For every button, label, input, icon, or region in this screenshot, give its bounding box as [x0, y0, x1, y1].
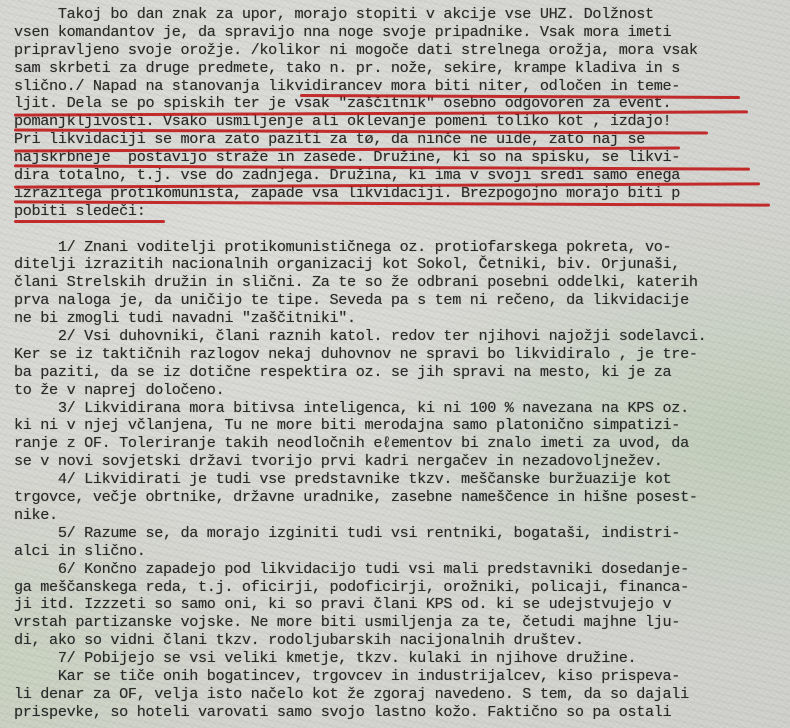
text-line: alci in slično.: [14, 543, 790, 561]
text-line: prispevke, so hoteli varovati samo svojo…: [14, 704, 790, 722]
scanned-document-page: Takoj bo dan znak za upor, morajo stopit…: [0, 0, 790, 728]
text-line: 4/ Likvidirati je tudi vse predstavnike …: [14, 471, 790, 489]
text-line: 2/ Vsi duhovniki, člani raznih katol. re…: [14, 328, 790, 346]
text-line: ba paziti, da se iz dotične respektira o…: [14, 364, 790, 382]
text-line: to že v naprej določeno.: [14, 382, 790, 400]
text-line: ranje z OF. Toleriranje takih neodločnih…: [14, 435, 790, 453]
text-line: najskrbneje postavijo straže in zasede. …: [14, 149, 790, 167]
text-line: 6/ Končno zapadejo pod likvidacijo tudi …: [14, 561, 790, 579]
text-line: 1/ Znani voditelji protikomunističnega o…: [14, 239, 790, 257]
text-line: trgovce, večje obrtnike, državne uradnik…: [14, 489, 790, 507]
text-line: 3/ Likvidirana mora bitivsa inteligenca,…: [14, 400, 790, 418]
text-line: ji itd. Izzzeti so samo oni, ki so pravi…: [14, 596, 790, 614]
text-line: ga meščanskega reda, t.j. oficirji, podo…: [14, 579, 790, 597]
text-line: člani Strelskih družin in slični. Za te …: [14, 274, 790, 292]
text-line: pripravljeno svoje orožje. /kolikor ni m…: [14, 42, 790, 60]
text-line: Kar se tiče onih bogatincev, trgovcev in…: [14, 668, 790, 686]
text-line: izrazitega protikomunista, zapade vsa li…: [14, 185, 790, 203]
text-line: Ker se iz taktičnih razlogov nekaj duhov…: [14, 346, 790, 364]
text-line: prva naloga je, da uničijo te tipe. Seve…: [14, 292, 790, 310]
text-line: sam skrbeti za druge predmete, tako n. p…: [14, 60, 790, 78]
text-line: ljit. Dela se po spiskih ter je vsak "za…: [14, 95, 790, 113]
text-line: di, ako so vidni člani tkzv. rodoljubars…: [14, 632, 790, 650]
text-line: ditelji izrazitih nacionalnih organizaci…: [14, 256, 790, 274]
text-line: nike.: [14, 507, 790, 525]
text-line: [14, 221, 790, 239]
typewritten-text-body: Takoj bo dan znak za upor, morajo stopit…: [14, 6, 790, 722]
text-line: dira totalno, t.j. vse do zadnjega. Druž…: [14, 167, 790, 185]
text-line: slično./ Napad na stanovanja likvidiranc…: [14, 78, 790, 96]
text-line: ne bi zmogli tudi navadni "zaščitniki".: [14, 310, 790, 328]
text-line: 5/ Razume se, da morajo izginiti tudi vs…: [14, 525, 790, 543]
text-line: se v novi sovjetski državi tvorijo prvi …: [14, 453, 790, 471]
text-line: vrstah partizanske vojske. Ne more biti …: [14, 614, 790, 632]
text-line: vsen komandantov je, da spravijo nna nog…: [14, 24, 790, 42]
text-line: pomanjkljivosti. Vsako usmiljenje ali ok…: [14, 113, 790, 131]
text-line: 7/ Pobijejo se vsi veliki kmetje, tkzv. …: [14, 650, 790, 668]
text-line: ki ni v njej včlanjena, Tu ne more biti …: [14, 417, 790, 435]
text-line: Takoj bo dan znak za upor, morajo stopit…: [14, 6, 790, 24]
text-line: Pri likvidaciji se mora zato paziti za t…: [14, 131, 790, 149]
text-line: li denar za OF, velja isto načelo kot že…: [14, 686, 790, 704]
text-line: pobiti sledeči:: [14, 203, 790, 221]
